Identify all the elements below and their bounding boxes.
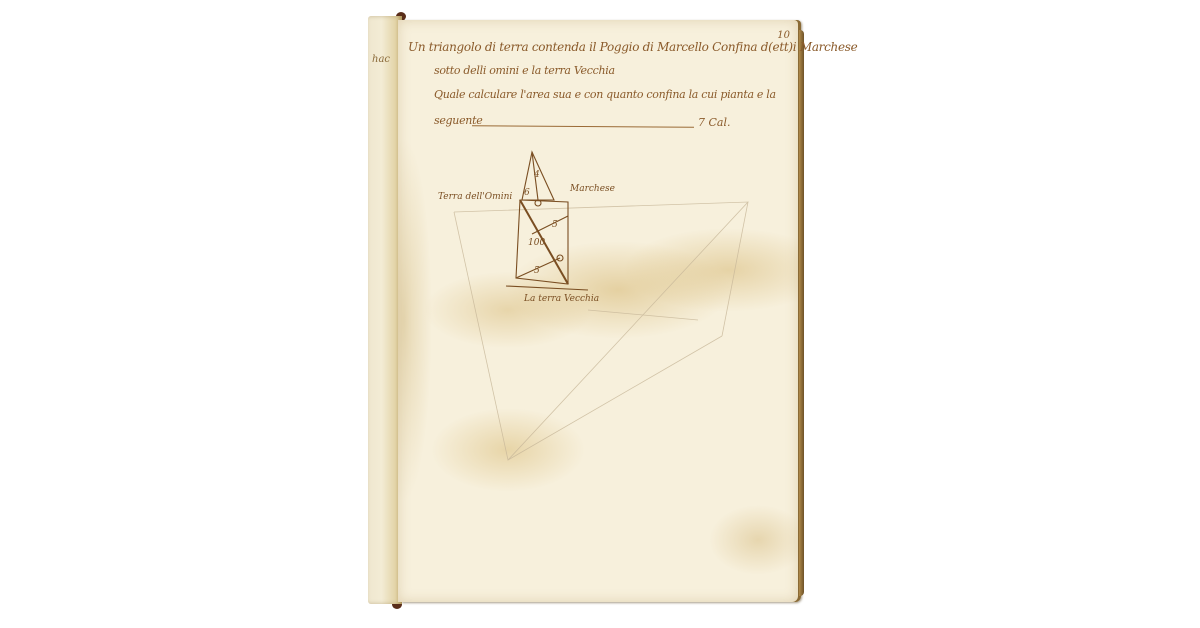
diagram-mark: 100 — [528, 238, 545, 248]
manuscript-book: hac 10 Un triangolo di terra contenda il… — [368, 12, 808, 610]
geometric-diagram — [398, 20, 798, 602]
diagram-mark: 6 — [524, 188, 530, 198]
left-margin-note: hac — [372, 54, 390, 65]
diagram-mark: 4 — [534, 170, 540, 180]
label-left-top: Terra dell'Omini — [438, 192, 512, 202]
ink-diagram — [506, 152, 588, 290]
label-bottom: La terra Vecchia — [524, 294, 599, 304]
left-leaf: hac — [368, 16, 402, 604]
page-edge — [799, 30, 804, 596]
pencil-construction-lines — [454, 202, 748, 460]
label-right-top: Marchese — [570, 184, 615, 194]
diagram-mark: 5 — [534, 266, 540, 276]
diagram-mark: 5 — [552, 220, 558, 230]
manuscript-page: 10 Un triangolo di terra contenda il Pog… — [398, 20, 798, 602]
